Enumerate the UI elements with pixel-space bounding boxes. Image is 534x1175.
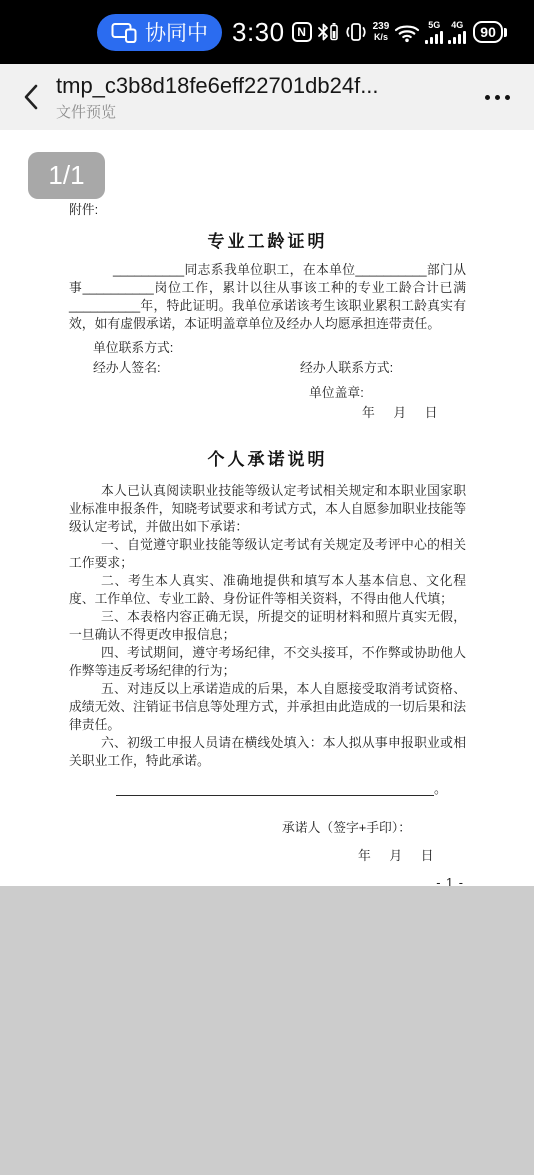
- bluetooth-battery-icon: [317, 21, 339, 43]
- commitment-item-6: 六、初级工申报人员请在横线处填入：本人拟从事申报职业或相关职业工作，特此承诺。: [69, 734, 466, 770]
- screen-cast-icon: [111, 21, 137, 43]
- signal-5g-bars: [425, 31, 443, 44]
- handler-sign-label: 经办人签名:: [93, 360, 161, 375]
- ellipsis-icon: [485, 95, 510, 100]
- wifi-icon: [394, 22, 420, 43]
- status-icons: N 239 K/s: [292, 21, 507, 44]
- commitment-item-1: 一、自觉遵守职业技能等级认定考试有关规定及考评中心的相关工作要求；: [69, 536, 466, 572]
- status-bar: 协同中 3:30 N 239 K: [0, 0, 534, 64]
- blank-underline: [116, 784, 434, 796]
- certificate-body: __________同志系我单位职工，在本单位__________部门从事___…: [69, 261, 466, 333]
- signal-4g-label: 4G: [451, 21, 463, 30]
- collab-pill-label: 协同中: [145, 17, 208, 47]
- commitment-intro: 本人已认真阅读职业技能等级认定考试相关规定和本职业国家职业标准申报条件，知晓考试…: [69, 482, 466, 536]
- page-indicator-badge: 1/1: [28, 152, 105, 199]
- battery-icon: 90: [473, 21, 507, 43]
- phone-screen: 协同中 3:30 N 239 K: [0, 0, 534, 1175]
- header-text: tmp_c3b8d18fe6eff22701db24f... 文件预览: [56, 73, 379, 122]
- chevron-left-icon: [21, 82, 41, 112]
- unit-seal-label: 单位盖章:: [309, 384, 466, 402]
- more-button[interactable]: [483, 87, 512, 108]
- network-speed-unit: K/s: [373, 32, 390, 42]
- commitment-title: 个人承诺说明: [69, 450, 466, 470]
- network-speed-value: 239: [373, 22, 390, 32]
- signal-5g-icon: 5G: [425, 21, 443, 44]
- file-title: tmp_c3b8d18fe6eff22701db24f...: [56, 73, 379, 99]
- commitment-item-2: 二、考生本人真实、准确地提供和填写本人基本信息、文化程度、工作单位、专业工龄、身…: [69, 572, 466, 608]
- page-number: - 1 -: [69, 874, 464, 886]
- battery-percent: 90: [473, 21, 503, 43]
- page-subtitle: 文件预览: [56, 101, 379, 122]
- app-header: tmp_c3b8d18fe6eff22701db24f... 文件预览: [0, 64, 534, 130]
- commitment-item-5: 五、对违反以上承诺造成的后果，本人自愿接受取消考试资格、成绩无效、注销证书信息等…: [69, 680, 466, 734]
- collaboration-pill[interactable]: 协同中: [97, 14, 222, 51]
- battery-nub: [504, 28, 507, 37]
- signer-label: 承诺人（签字+手印）：: [282, 819, 466, 837]
- commitment-item-4: 四、考试期间，遵守考场纪律，不交头接耳，不作弊或协助他人作弊等违反考场纪律的行为…: [69, 644, 466, 680]
- viewer-background: [0, 886, 534, 1175]
- clock: 3:30: [232, 17, 285, 48]
- document-page: 附件: 专业工龄证明 __________同志系我单位职工，在本单位______…: [0, 130, 534, 886]
- commitment-item-3: 三、本表格内容正确无误，所提交的证明材料和照片真实无假，一旦确认不得更改申报信息…: [69, 608, 466, 644]
- unit-contact-label: 单位联系方式:: [93, 339, 466, 357]
- network-speed: 239 K/s: [373, 22, 390, 42]
- vibrate-icon: [344, 21, 368, 43]
- document-viewer[interactable]: 1/1 附件: 专业工龄证明 __________同志系我单位职工，在本单位__…: [0, 130, 534, 886]
- blank-line-period: 。: [434, 782, 447, 796]
- commitment-items: 一、自觉遵守职业技能等级认定考试有关规定及考评中心的相关工作要求； 二、考生本人…: [69, 536, 466, 770]
- back-button[interactable]: [16, 79, 46, 115]
- commitment-date-line: 年 月 日: [358, 847, 466, 865]
- nfc-icon: N: [292, 22, 312, 42]
- certificate-title: 专业工龄证明: [69, 232, 466, 252]
- handler-row: 经办人签名: 经办人联系方式:: [69, 359, 466, 377]
- attachment-label: 附件:: [69, 201, 466, 219]
- handler-contact-label: 经办人联系方式:: [300, 359, 393, 377]
- fill-in-blank-line: 。: [116, 782, 466, 796]
- signal-4g-bars: [448, 31, 466, 44]
- certificate-date-line: 年 月 日: [362, 404, 466, 422]
- signal-5g-label: 5G: [428, 21, 440, 30]
- signal-4g-icon: 4G: [448, 21, 466, 44]
